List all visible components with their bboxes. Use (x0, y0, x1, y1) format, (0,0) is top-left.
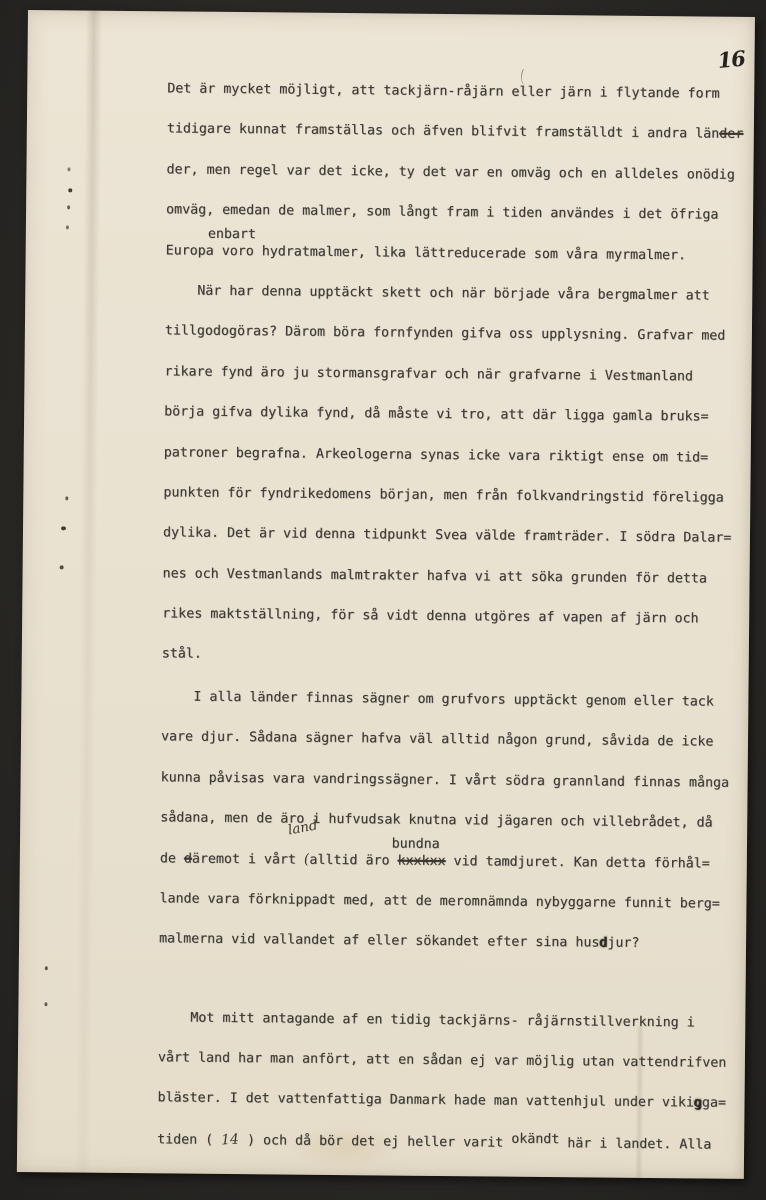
typed-text: alltid äro (309, 853, 397, 869)
photo-background: 16 Det är mycket möjligt, att tackjärn-r… (0, 0, 766, 1200)
ink-speck (66, 225, 69, 229)
typed-line: vårt land har man anfört, att en sådan e… (158, 1038, 743, 1084)
typed-text: der (719, 127, 743, 142)
ink-speck (67, 205, 70, 209)
ink-speck (61, 526, 66, 530)
typed-line: malmerna vid vallandet af eller sökandet… (159, 920, 744, 966)
typed-text: okändt (511, 1119, 559, 1160)
typed-text: jur? (607, 936, 639, 951)
typed-line: nes och Vestmanlands malmtrakter hafva v… (162, 554, 747, 600)
typed-text: sådana, men de äro i hufvudsak knutna vi… (160, 810, 712, 830)
typed-text: rikes maktställning, för så vidt denna u… (162, 606, 698, 626)
typed-line: rikes maktställning, för så vidt denna u… (162, 594, 747, 640)
typed-text: patroner begrafna. Arkeologerna synas ic… (164, 445, 708, 465)
ink-speck (68, 188, 72, 192)
typed-line: Europa voro hydratmalmer, lika lättreduc… (165, 231, 750, 277)
ink-speck (45, 966, 48, 970)
handwritten-text: 14 (220, 1119, 240, 1160)
typed-text: vid tamdjuret. Kan detta förhål= (445, 854, 709, 872)
typed-text: bläster. I det vattenfattiga Danmark had… (157, 1091, 693, 1111)
ink-speck (60, 565, 64, 569)
typed-text: tiden ( (157, 1132, 221, 1148)
typed-text: När har denna upptäckt skett och när bör… (197, 284, 709, 304)
typed-line: Det är mycket möjligt, att tackjärn-råjä… (167, 69, 752, 115)
typed-line: tidigare kunnat framställas och äfven bl… (167, 110, 752, 156)
typed-text: ga= (702, 1096, 726, 1111)
ink-speck (67, 167, 70, 171)
typed-text: tidigare kunnat framställas och äfven bl… (167, 122, 719, 142)
typed-text: vare djur. Sådana sägner hafva väl allti… (161, 730, 713, 750)
typed-line: tiden ( 14 ) och då bör det ej heller va… (157, 1119, 742, 1165)
typed-text: malmerna vid vallandet af eller sökandet… (159, 932, 599, 951)
typed-line: punkten för fyndrikedomens början, men f… (163, 473, 748, 519)
typed-text: punkten för fyndrikedomens början, men f… (163, 485, 724, 505)
typed-text: nes och Vestmanlands malmtrakter hafva v… (163, 566, 707, 586)
typed-text: d (184, 852, 192, 867)
typed-text: dylika. Det är vid denna tidpunkt Svea v… (163, 526, 732, 546)
typed-text: tillgodogöras? Därom böra fornfynden gif… (165, 324, 726, 344)
paper-crease (75, 11, 102, 1173)
typed-line: rikare fynd äro ju stormansgrafvar och n… (164, 352, 749, 398)
typed-line: Mot mitt antagande af en tidig tackjärns… (158, 998, 743, 1044)
typed-text: stål. (162, 647, 202, 662)
typed-text: rikare fynd äro ju stormansgrafvar och n… (164, 364, 692, 384)
ink-speck (65, 496, 68, 500)
typed-line: lande vara förknippadt med, att de merom… (159, 879, 744, 925)
typed-line: börja gifva dylika fynd, då måste vi tro… (164, 392, 749, 438)
typed-line: der, men regel var det icke, ty det var … (166, 150, 751, 196)
typed-text: äremot i vårt (192, 852, 304, 868)
typed-text: Europa voro hydratmalmer, lika lättreduc… (166, 243, 686, 263)
typed-line: tillgodogöras? Därom böra fornfynden gif… (165, 312, 750, 358)
typed-line: I alla länder finnas sägner om grufvors … (161, 677, 746, 723)
typed-text: ) och då bör det ej heller varit (239, 1133, 511, 1151)
typed-insertion: enbart (208, 226, 256, 241)
typed-text: här i landet. Alla (559, 1136, 711, 1152)
typed-text: lande vara förknippadt med, att de merom… (159, 891, 720, 911)
typed-line: dylika. Det är vid denna tidpunkt Svea v… (163, 514, 748, 560)
typed-text: börja gifva dylika fynd, då måste vi tro… (164, 404, 708, 424)
typed-line: patroner begrafna. Arkeologerna synas ic… (164, 433, 749, 479)
typed-line: vare djur. Sådana sägner hafva väl allti… (161, 718, 746, 764)
ink-speck (44, 1002, 47, 1006)
typed-text: de (160, 852, 184, 867)
typed-text: Mot mitt antagande af en tidig tackjärns… (190, 1010, 694, 1030)
typed-text: I alla länder finnas sägner om grufvors … (193, 689, 713, 709)
typed-line: stål. (162, 635, 747, 681)
typed-text: Det är mycket möjligt, att tackjärn-råjä… (167, 81, 719, 101)
typed-text: kunna påvisas vara vandringssägner. I vå… (161, 770, 730, 790)
typed-text: kxxkxxbundna (397, 854, 445, 869)
typed-line: de däremot i vårt (landalltid äro kxxkxx… (160, 839, 745, 885)
typed-line: bläster. I det vattenfattiga Danmark had… (157, 1079, 742, 1125)
page-number: 16 (716, 46, 745, 73)
typed-line: sådana, men de äro i hufvudsak knutna vi… (160, 798, 745, 844)
typed-insertion: bundna (392, 837, 440, 852)
typed-text: der, men regel var det icke, ty det var … (166, 162, 735, 182)
typed-line: När har denna upptäckt skett och när bör… (165, 271, 750, 317)
paper-sheet: 16 Det är mycket möjligt, att tackjärn-r… (17, 10, 755, 1179)
typed-text: omväg, emedan de malmer, som långt fram … (166, 203, 718, 223)
text-block: Det är mycket möjligt, att tackjärn-råjä… (157, 69, 752, 1165)
typed-line: kunna påvisas vara vandringssägner. I vå… (160, 758, 745, 804)
typed-text: vårt land har man anfört, att en sådan e… (158, 1050, 727, 1070)
